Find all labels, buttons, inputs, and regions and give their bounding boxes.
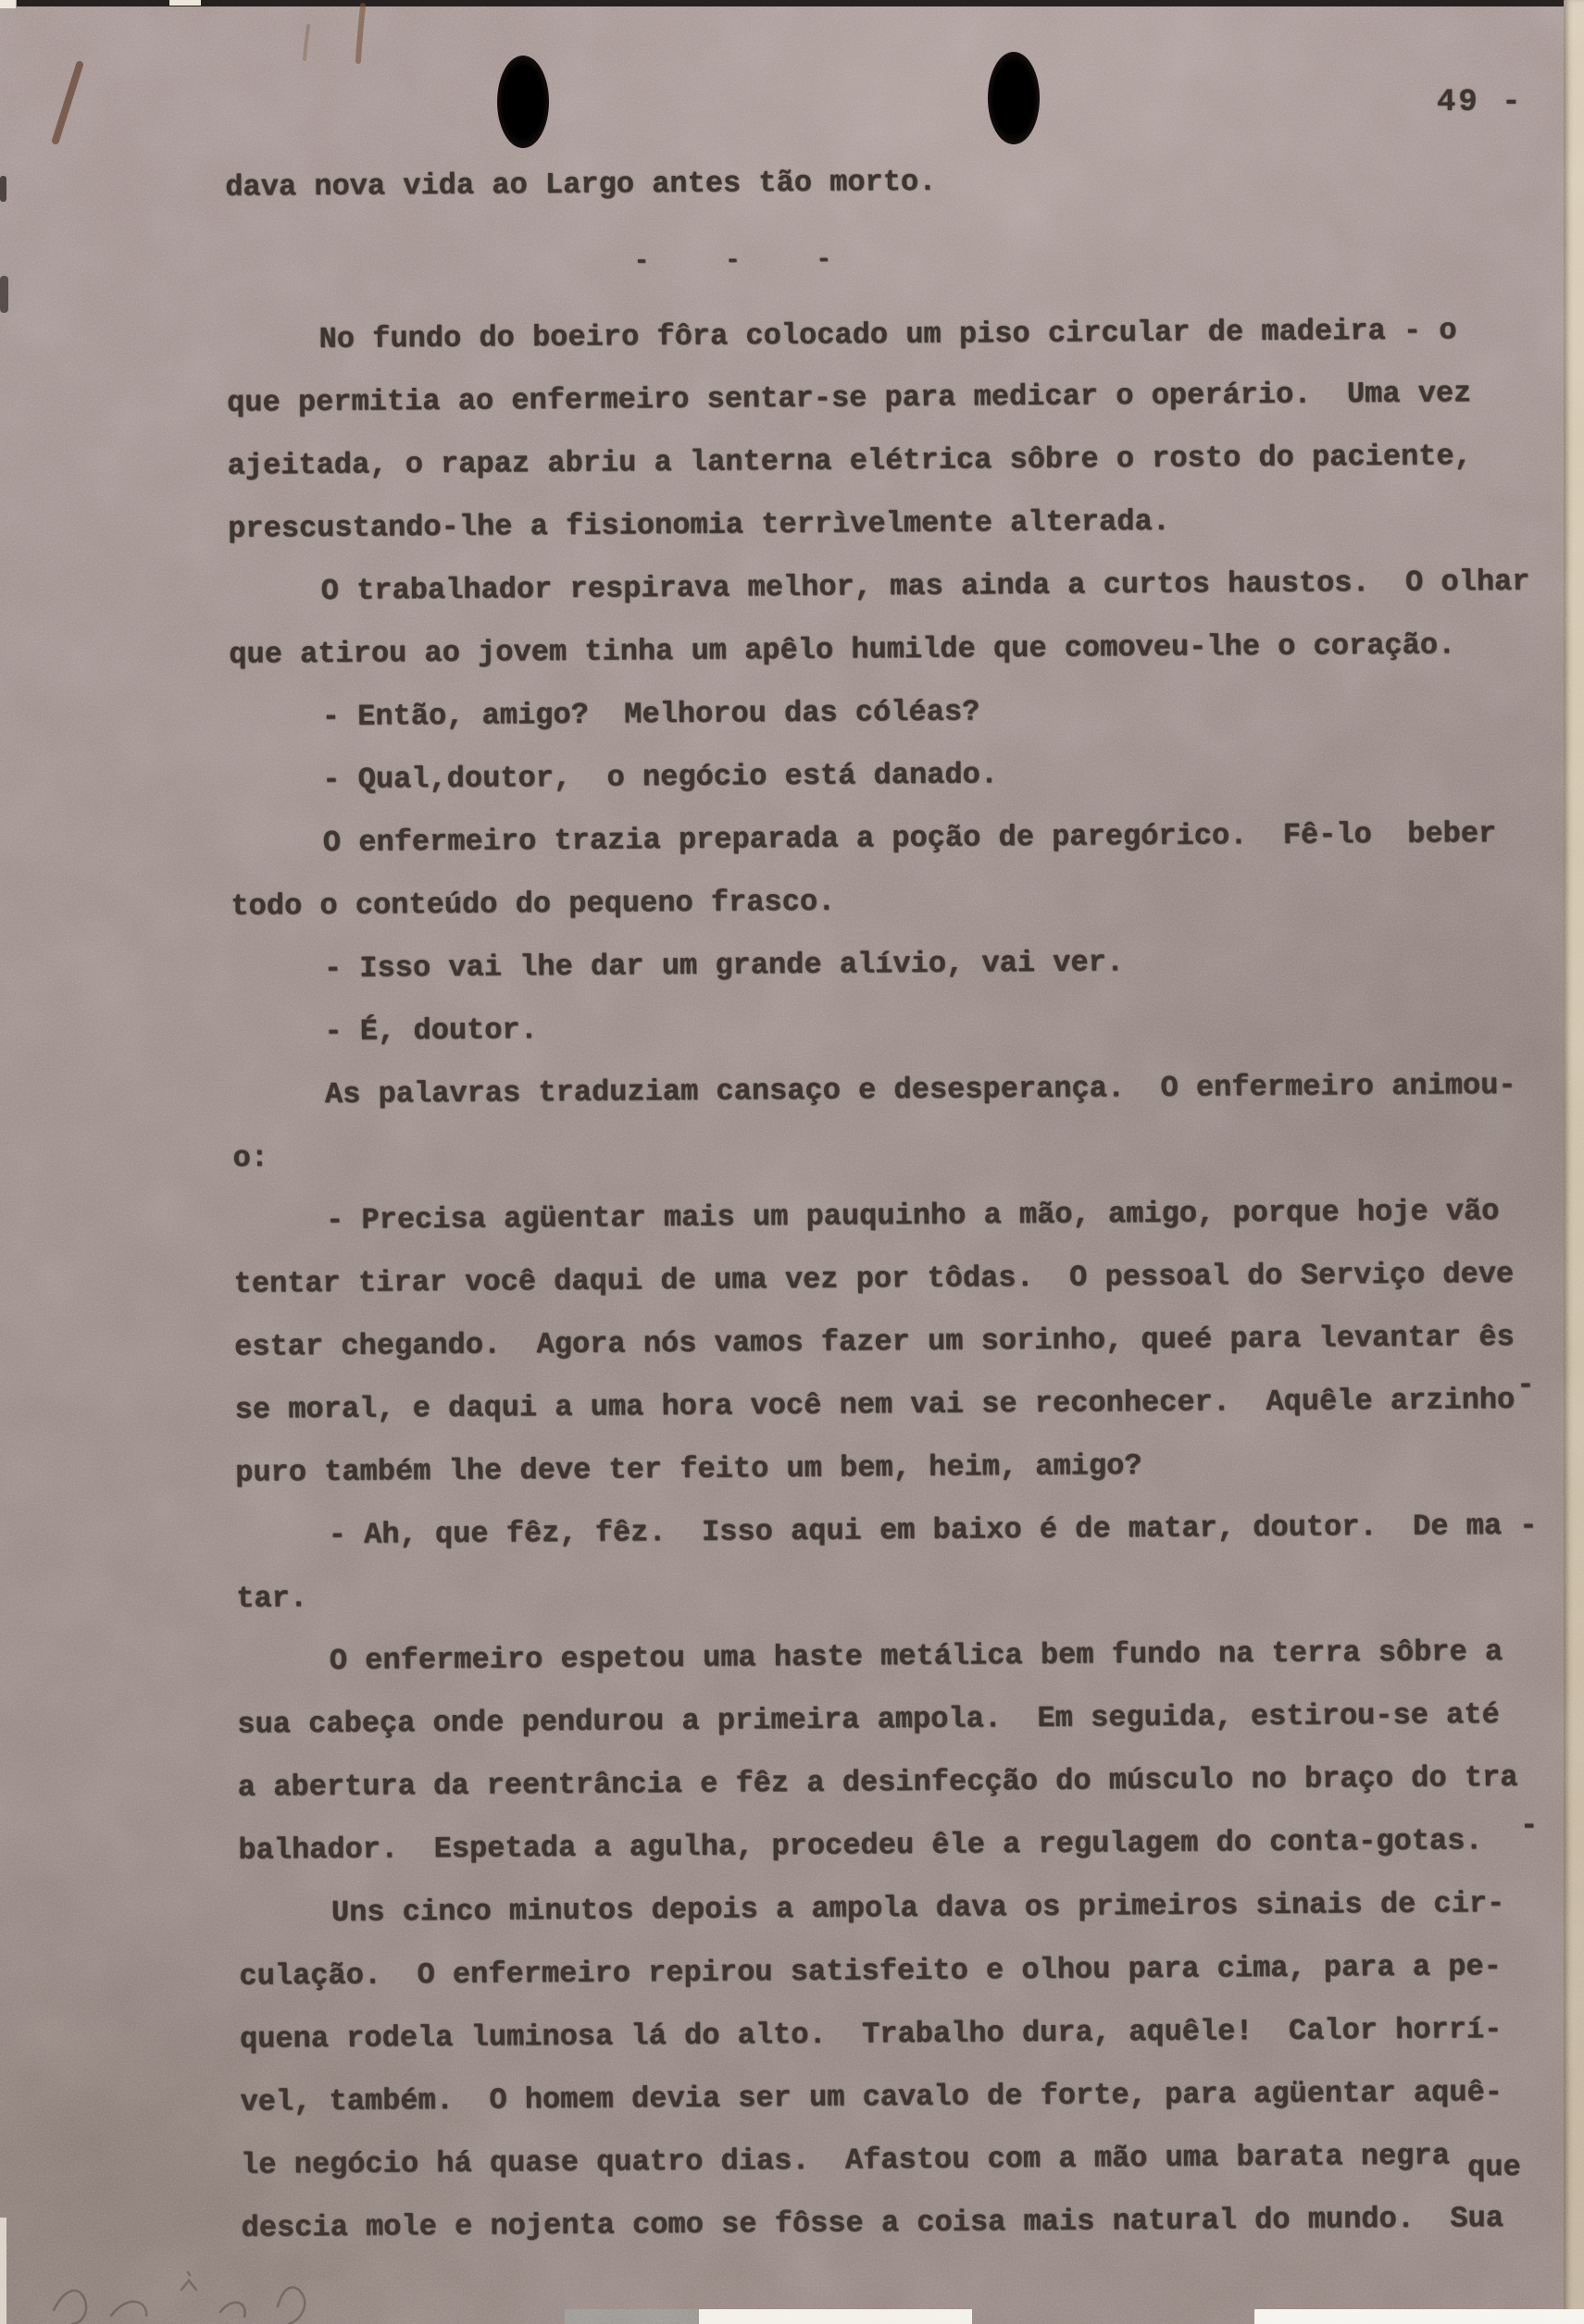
line-text: - Qual,doutor, o negócio está danado. [322, 757, 998, 797]
text-line: dava nova vida ao Largo antes tão morto. [0, 145, 1583, 220]
text-line: descia mole e nojenta como se fôsse a co… [14, 2186, 1584, 2261]
pencil-scribble [54, 2272, 305, 2324]
scan-bottom-strip-white [1254, 2309, 1584, 2324]
line-text: ajeitada, o rapaz abriu a lanterna elétr… [228, 439, 1472, 483]
line-text: - Então, amigo? Melhorou das cóléas? [322, 694, 980, 734]
scanned-typescript-page: 49 - dava nova vida ao Largo antes tão m… [0, 0, 1584, 2324]
line-text: le negócio há quase quatro dias. Afastou… [241, 2138, 1450, 2181]
line-text: balhador. Espetada a agulha, procedeu êl… [238, 1823, 1482, 1868]
line-text: prescustando-lhe a fisionomia terrìvelme… [228, 504, 1170, 546]
page-right-edge-backing [1564, 0, 1584, 2324]
line-text: - Ah, que fêz, fêz. Isso aqui em baixo é… [329, 1509, 1538, 1552]
line-text: culação. O enfermeiro repirou satisfeito… [239, 1949, 1502, 1994]
line-text: - Isso vai lhe dar um grande alívio, vai… [324, 945, 1124, 986]
line-text: a abertura da reentrância e fêz a desinf… [238, 1760, 1518, 1805]
scan-left-edge-sliver [0, 2218, 6, 2324]
line-text: - É, doutor. [324, 1013, 538, 1049]
scan-bottom-strip-gray [565, 2309, 699, 2324]
line-text: se moral, e daqui a uma hora você nem va… [235, 1383, 1515, 1427]
line-text: puro também lhe deve ter feito um bem, h… [235, 1448, 1142, 1490]
line-text: sua cabeça onde pendurou a primeira ampo… [237, 1697, 1500, 1742]
scan-bottom-strip-white [699, 2309, 972, 2324]
line-text: No fundo do boeiro fôra colocado um piso… [318, 313, 1456, 356]
line-text: O enfermeiro espetou uma haste metálica … [330, 1634, 1503, 1678]
line-text: que atirou ao jovem tinha um apêlo humil… [229, 628, 1455, 671]
paper-sheet: 49 - dava nova vida ao Largo antes tão m… [0, 0, 1584, 2324]
typewritten-text-block: dava nova vida ao Largo antes tão morto.… [0, 0, 1584, 2262]
line-text: vel, também. O homem devia ser um cavalo… [240, 2075, 1503, 2119]
line-text: O enfermeiro trazia preparada a poção de… [323, 816, 1497, 860]
line-text: Uns cinco minutos depois a ampola dava o… [331, 1886, 1505, 1930]
line-text: que permitia ao enfermeiro sentar-se par… [227, 376, 1471, 420]
line-text: o: [232, 1140, 268, 1174]
line-text: estar chegando. Agora nós vamos fazer um… [234, 1320, 1515, 1364]
line-text: quena rodela luminosa lá do alto. Trabal… [240, 2012, 1503, 2057]
line-text: todo o conteúdo do pequeno frasco. [231, 885, 835, 924]
section-separator: - - - [0, 237, 1532, 286]
line-text: tar. [236, 1581, 307, 1616]
line-text: tentar tirar você daqui de uma vez por t… [233, 1257, 1514, 1301]
line-text: descia mole e nojenta como se fôsse a co… [241, 2201, 1503, 2245]
line-text: O trabalhador respirava melhor, mas aind… [321, 565, 1530, 608]
line-text: As palavras traduziam cansaço e desesper… [325, 1068, 1516, 1112]
line-text: dava nova vida ao Largo antes tão morto. [225, 165, 936, 205]
line-text: - - - [634, 246, 847, 277]
line-text: - Precisa agüentar mais um pauquinho a m… [326, 1194, 1500, 1237]
